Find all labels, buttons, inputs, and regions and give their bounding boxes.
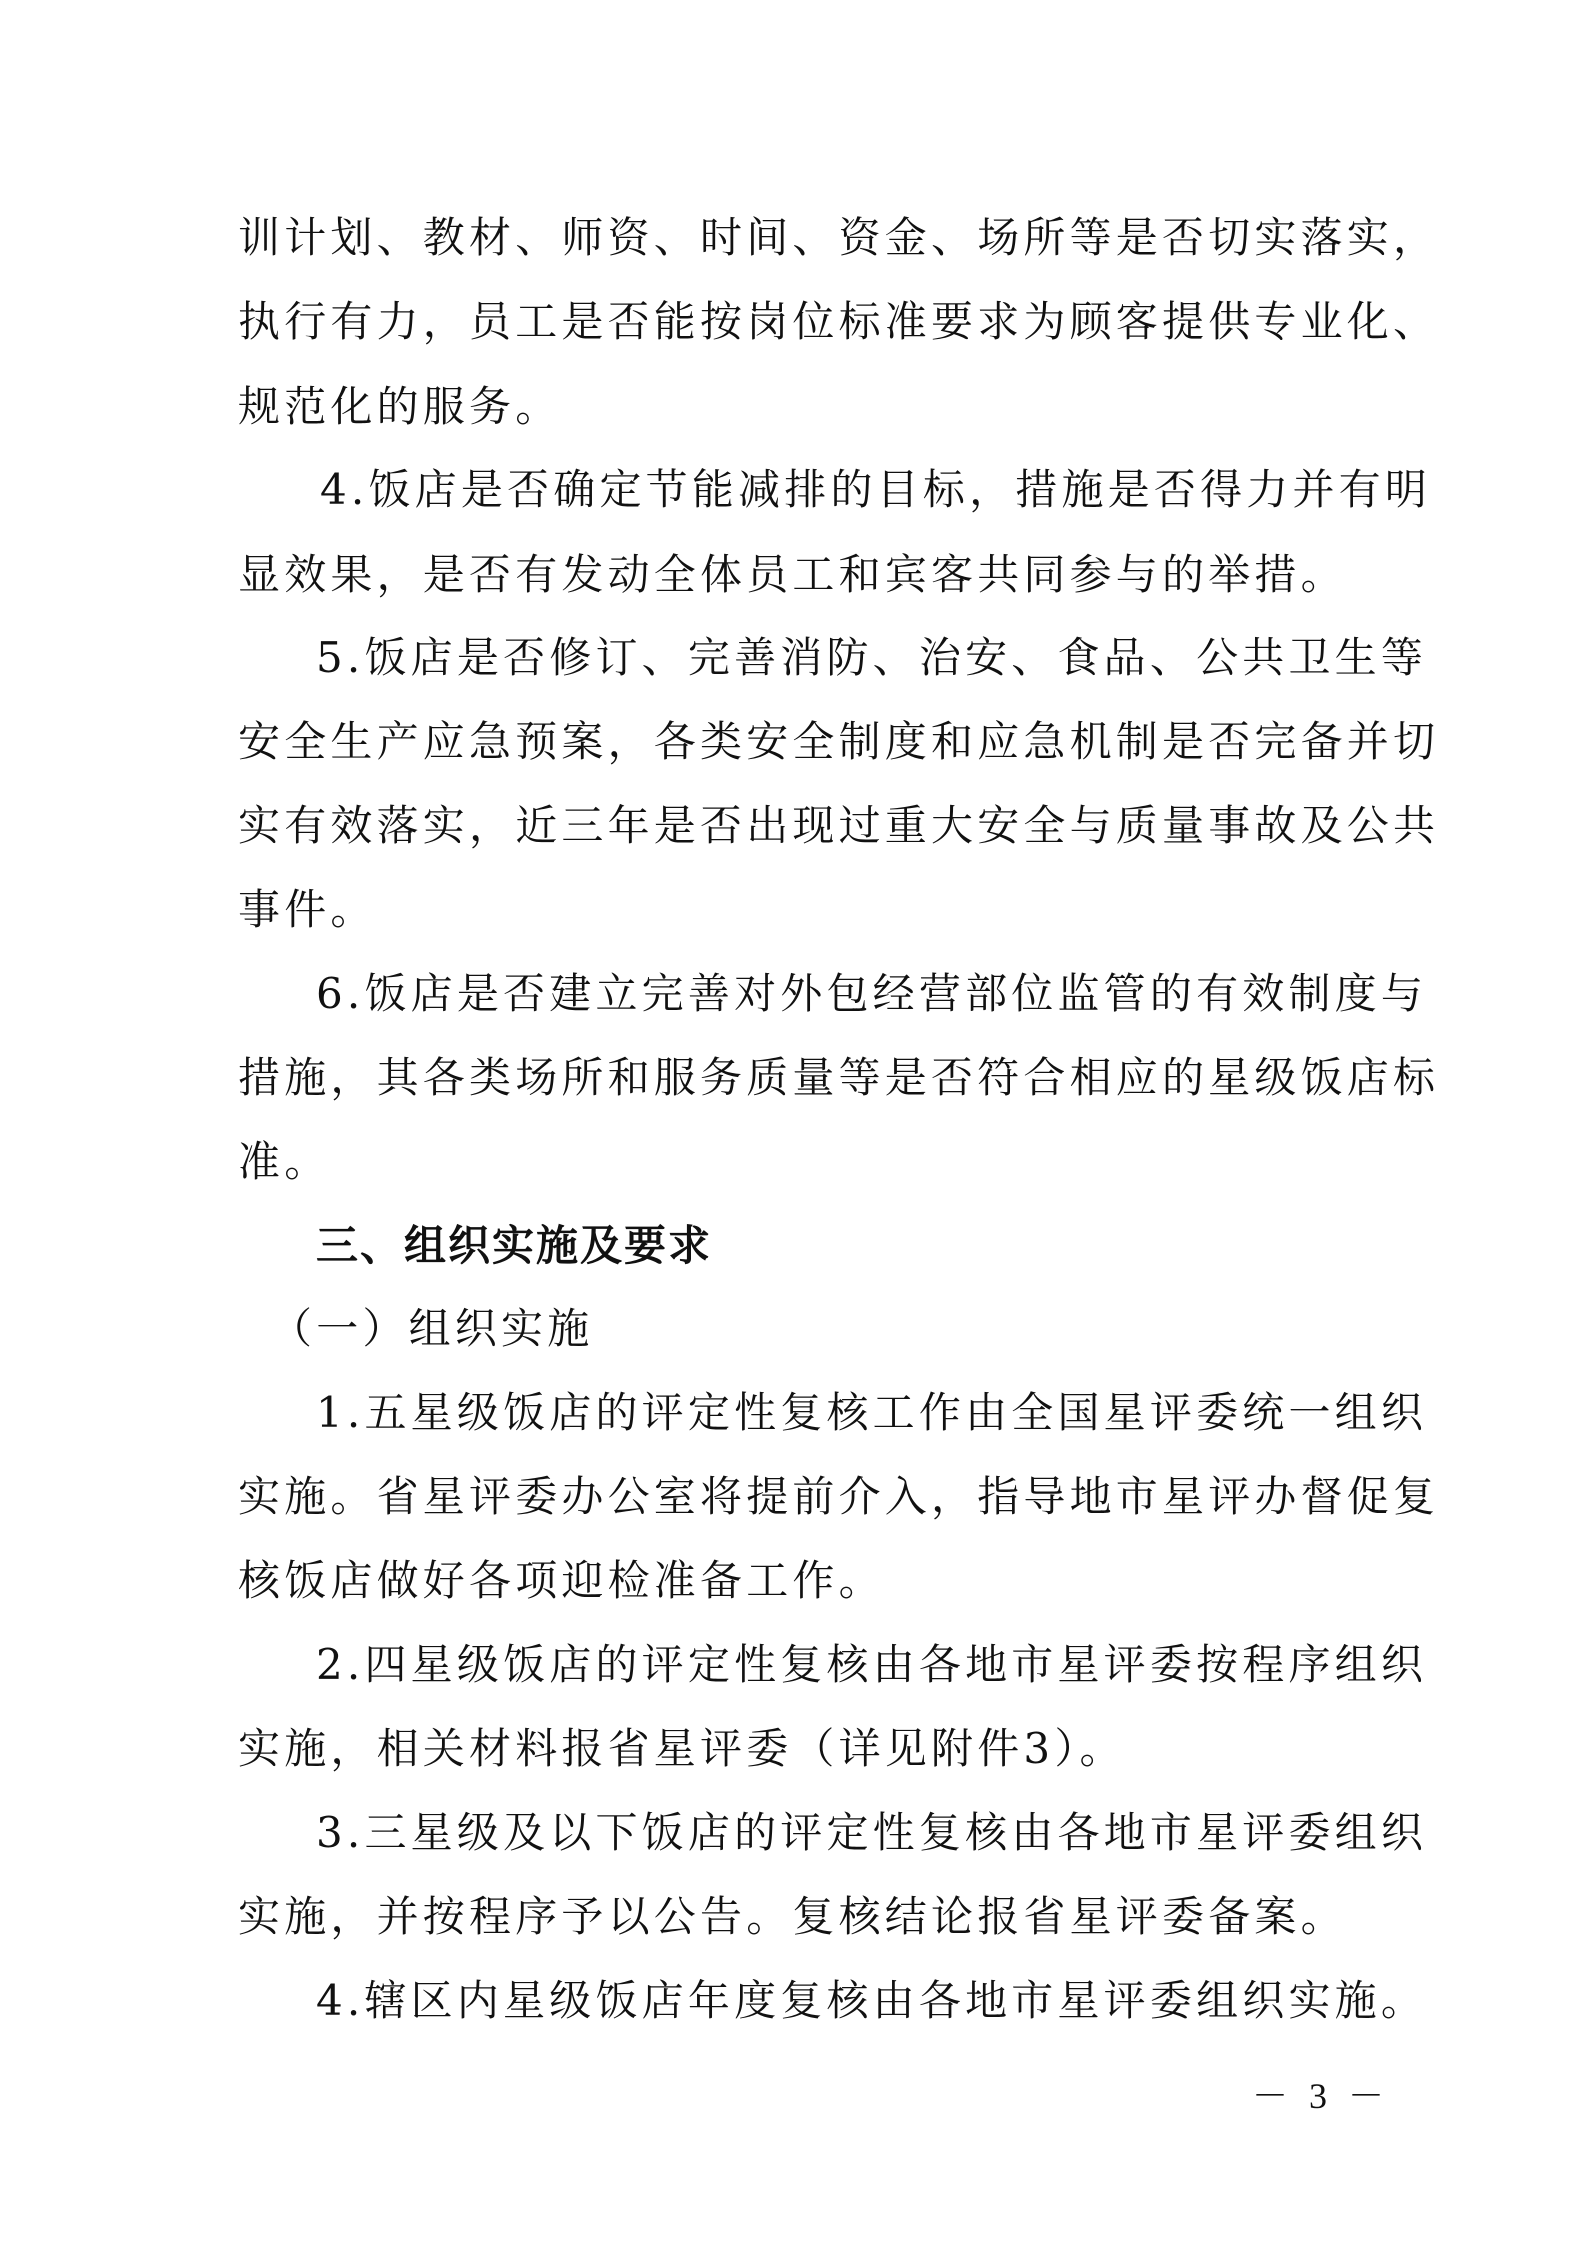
text-line: 显效果，是否有发动全体员工和宾客共同参与的举措。 — [238, 545, 1347, 605]
text-line: 规范化的服务。 — [238, 377, 561, 437]
text-line: 准。 — [238, 1132, 330, 1192]
section-heading: 三、组织实施及要求 — [316, 1216, 712, 1276]
text-line: 2.四星级饭店的评定性复核由各地市星评委按程序组织 — [316, 1635, 1427, 1695]
text-line: 核饭店做好各项迎检准备工作。 — [238, 1551, 885, 1611]
text-line: 1.五星级饭店的评定性复核工作由全国星评委统一组织 — [316, 1383, 1427, 1443]
text-line: 措施，其各类场所和服务质量等是否符合相应的星级饭店标 — [238, 1048, 1439, 1108]
subsection-heading: （一）组织实施 — [270, 1299, 593, 1359]
text-line: 事件。 — [238, 880, 377, 940]
page-number: － 3 － — [1252, 2068, 1390, 2119]
text-line: 实有效落实，近三年是否出现过重大安全与质量事故及公共 — [238, 796, 1439, 856]
text-line: 实施，并按程序予以公告。复核结论报省星评委备案。 — [238, 1887, 1347, 1947]
text-line: 训计划、教材、师资、时间、资金、场所等是否切实落实， — [238, 208, 1439, 268]
text-line: 4.辖区内星级饭店年度复核由各地市星评委组织实施。 — [316, 1971, 1427, 2031]
text-line: 5.饭店是否修订、完善消防、治安、食品、公共卫生等 — [316, 628, 1427, 688]
text-line: 实施。省星评委办公室将提前介入，指导地市星评办督促复 — [238, 1467, 1439, 1527]
text-line: 3.三星级及以下饭店的评定性复核由各地市星评委组织 — [316, 1803, 1427, 1863]
text-line: 4.饭店是否确定节能减排的目标，措施是否得力并有明 — [320, 460, 1431, 520]
text-line: 安全生产应急预案，各类安全制度和应急机制是否完备并切 — [238, 712, 1439, 772]
text-line: 执行有力，员工是否能按岗位标准要求为顾客提供专业化、 — [238, 292, 1439, 352]
text-line: 实施，相关材料报省星评委（详见附件3）。 — [238, 1719, 1126, 1779]
text-line: 6.饭店是否建立完善对外包经营部位监管的有效制度与 — [316, 964, 1427, 1024]
